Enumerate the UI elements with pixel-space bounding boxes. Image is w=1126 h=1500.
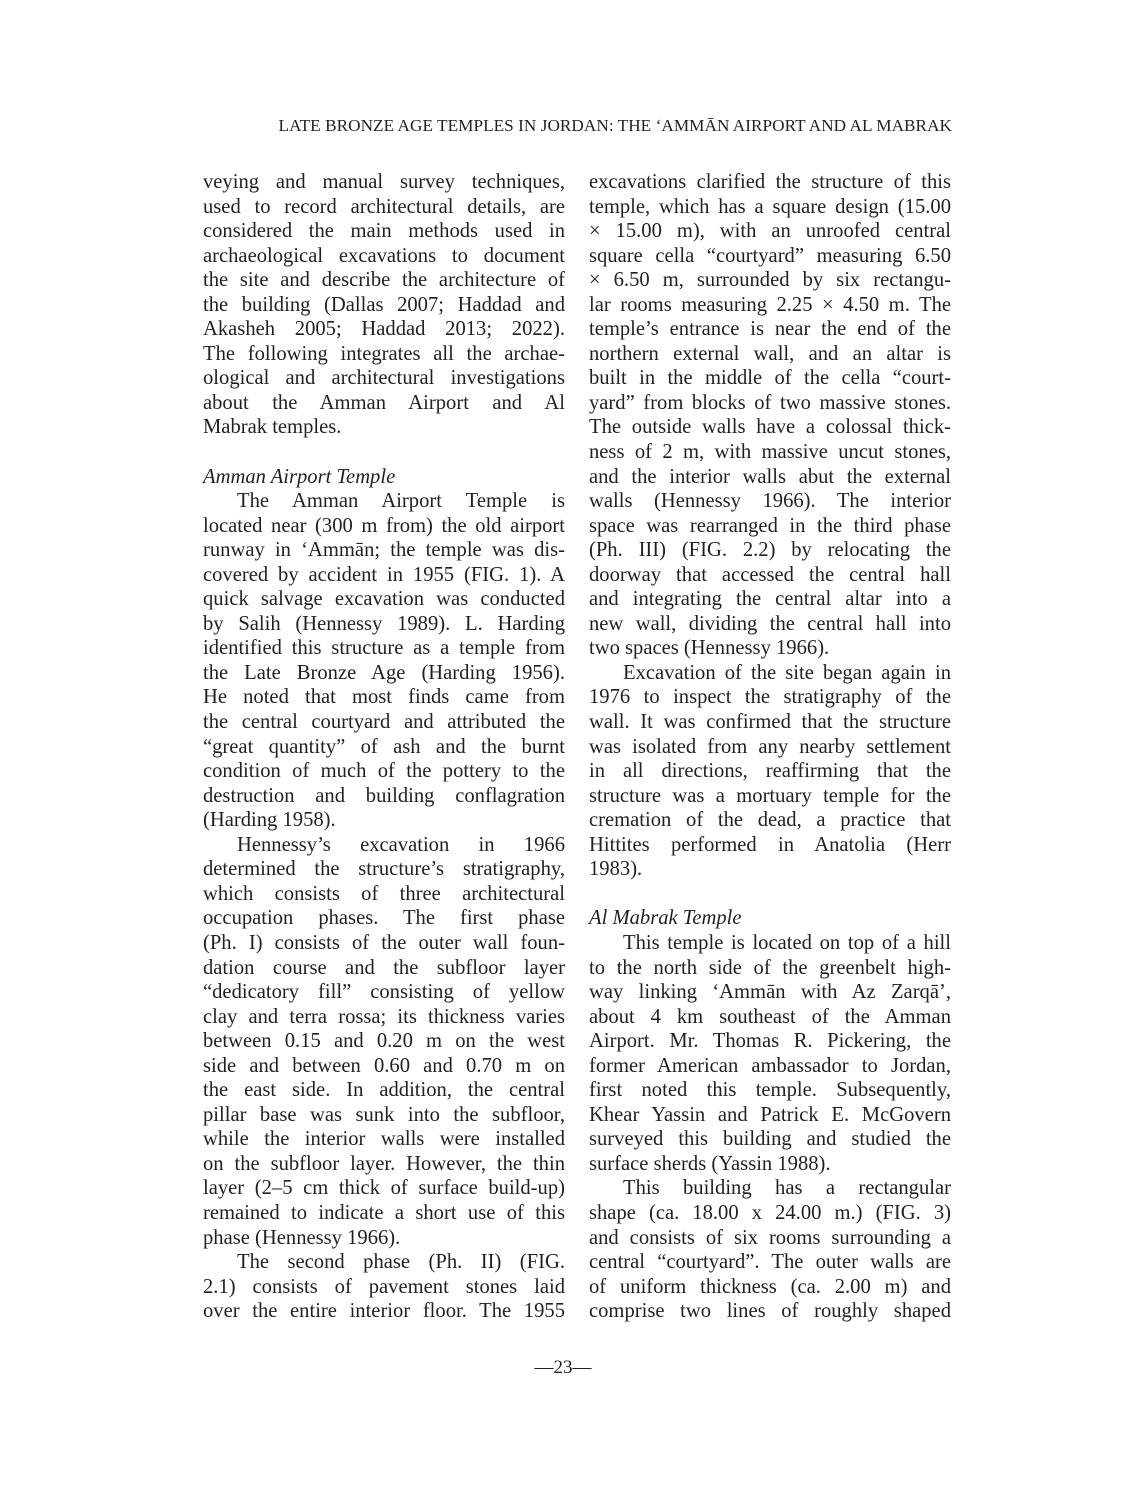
text-line: Mabrak temples. <box>203 415 565 440</box>
text-line: archaeological excavations to document <box>203 244 565 269</box>
text-line: destruction and building conflagration <box>203 784 565 809</box>
text-line: between 0.15 and 0.20 m on the west <box>203 1029 565 1054</box>
paragraph: Hennessy’s excavation in 1966 determined… <box>203 833 565 1250</box>
text-line: walls (Hennessy 1966). The interior <box>589 489 951 514</box>
text-line: The outside walls have a colossal thick- <box>589 415 951 440</box>
text-line: wall. It was confirmed that the structur… <box>589 710 951 735</box>
text-line: occupation phases. The first phase <box>203 906 565 931</box>
text-line: and the interior walls abut the external <box>589 465 951 490</box>
text-line: which consists of three architectural <box>203 882 565 907</box>
paragraph: The second phase (Ph. II) (FIG. 2.1) con… <box>203 1250 565 1324</box>
text-line: Hittites performed in Anatolia (Herr <box>589 833 951 858</box>
text-line: phase (Hennessy 1966). <box>203 1226 565 1251</box>
text-line: and integrating the central altar into a <box>589 587 951 612</box>
paragraph: This building has a rectangular shape (c… <box>589 1176 951 1323</box>
text-line: the central courtyard and attributed the <box>203 710 565 735</box>
text-line: 2.1) consists of pavement stones laid <box>203 1275 565 1300</box>
text-line: 1983). <box>589 857 951 882</box>
text-line: to the north side of the greenbelt high- <box>589 956 951 981</box>
text-line: Hennessy’s excavation in 1966 <box>203 833 565 858</box>
text-line: Akasheh 2005; Haddad 2013; 2022). <box>203 317 565 342</box>
text-line: first noted this temple. Subsequently, <box>589 1078 951 1103</box>
text-line: Excavation of the site began again in <box>589 661 951 686</box>
text-line: side and between 0.60 and 0.70 m on <box>203 1054 565 1079</box>
text-line: (Ph. III) (FIG. 2.2) by relocating the <box>589 538 951 563</box>
text-line: (Ph. I) consists of the outer wall foun- <box>203 931 565 956</box>
text-line: veying and manual survey techniques, <box>203 170 565 195</box>
paragraph: This temple is located on top of a hill … <box>589 931 951 1176</box>
text-line: the Late Bronze Age (Harding 1956). <box>203 661 565 686</box>
text-line: ological and architectural investigation… <box>203 366 565 391</box>
text-line: on the subfloor layer. However, the thin <box>203 1152 565 1177</box>
paragraph: The Amman Airport Temple is located near… <box>203 489 565 833</box>
text-line: The following integrates all the archae- <box>203 342 565 367</box>
paragraph-gap <box>589 882 951 907</box>
text-line: structure was a mortuary temple for the <box>589 784 951 809</box>
text-line: new wall, dividing the central hall into <box>589 612 951 637</box>
text-line: ness of 2 m, with massive uncut stones, <box>589 440 951 465</box>
text-line: “dedicatory fill” consisting of yellow <box>203 980 565 1005</box>
text-line: the building (Dallas 2007; Haddad and <box>203 293 565 318</box>
text-line: comprise two lines of roughly shaped <box>589 1299 951 1324</box>
text-line: northern external wall, and an altar is <box>589 342 951 367</box>
text-line: about 4 km southeast of the Amman <box>589 1005 951 1030</box>
text-line: two spaces (Hennessy 1966). <box>589 636 951 661</box>
text-line: and consists of six rooms surrounding a <box>589 1226 951 1251</box>
text-line: condition of much of the pottery to the <box>203 759 565 784</box>
text-line: surveyed this building and studied the <box>589 1127 951 1152</box>
text-line: by Salih (Hennessy 1989). L. Harding <box>203 612 565 637</box>
text-line: square cella “courtyard” measuring 6.50 <box>589 244 951 269</box>
paragraph: excavations clarified the structure of t… <box>589 170 951 661</box>
section-heading-amman-airport: Amman Airport Temple <box>203 465 565 490</box>
paragraph-gap <box>203 440 565 465</box>
text-line: the east side. In addition, the central <box>203 1078 565 1103</box>
text-line: temple, which has a square design (15.00 <box>589 195 951 220</box>
text-line: yard” from blocks of two massive stones. <box>589 391 951 416</box>
text-line: built in the middle of the cella “court- <box>589 366 951 391</box>
text-line: Khear Yassin and Patrick E. McGovern <box>589 1103 951 1128</box>
text-line: Airport. Mr. Thomas R. Pickering, the <box>589 1029 951 1054</box>
text-line: doorway that accessed the central hall <box>589 563 951 588</box>
text-line: He noted that most finds came from <box>203 685 565 710</box>
text-line: layer (2–5 cm thick of surface build-up) <box>203 1176 565 1201</box>
text-line: cremation of the dead, a practice that <box>589 808 951 833</box>
text-line: lar rooms measuring 2.25 × 4.50 m. The <box>589 293 951 318</box>
text-line: in all directions, reaffirming that the <box>589 759 951 784</box>
running-head: LATE BRONZE AGE TEMPLES IN JORDAN: THE ‘… <box>222 116 952 136</box>
paragraph: Excavation of the site began again in 19… <box>589 661 951 882</box>
text-line: × 15.00 m), with an unroofed central <box>589 219 951 244</box>
text-line: space was rearranged in the third phase <box>589 514 951 539</box>
text-line: remained to indicate a short use of this <box>203 1201 565 1226</box>
text-line: clay and terra rossa; its thickness vari… <box>203 1005 565 1030</box>
left-column: veying and manual survey techniques, use… <box>203 170 565 1324</box>
text-line: 1976 to inspect the stratigraphy of the <box>589 685 951 710</box>
text-line: used to record architectural details, ar… <box>203 195 565 220</box>
text-line: of uniform thickness (ca. 2.00 m) and <box>589 1275 951 1300</box>
text-line: former American ambassador to Jordan, <box>589 1054 951 1079</box>
text-line: This temple is located on top of a hill <box>589 931 951 956</box>
text-line: over the entire interior floor. The 1955 <box>203 1299 565 1324</box>
text-line: identified this structure as a temple fr… <box>203 636 565 661</box>
text-line: considered the main methods used in <box>203 219 565 244</box>
intro-paragraph: veying and manual survey techniques, use… <box>203 170 565 440</box>
text-line: excavations clarified the structure of t… <box>589 170 951 195</box>
text-line: shape (ca. 18.00 x 24.00 m.) (FIG. 3) <box>589 1201 951 1226</box>
text-line: pillar base was sunk into the subfloor, <box>203 1103 565 1128</box>
text-line: while the interior walls were installed <box>203 1127 565 1152</box>
text-line: central “courtyard”. The outer walls are <box>589 1250 951 1275</box>
text-line: about the Amman Airport and Al <box>203 391 565 416</box>
text-line: located near (300 m from) the old airpor… <box>203 514 565 539</box>
text-line: “great quantity” of ash and the burnt <box>203 735 565 760</box>
text-line: covered by accident in 1955 (FIG. 1). A <box>203 563 565 588</box>
text-line: runway in ‘Ammān; the temple was dis- <box>203 538 565 563</box>
text-line: was isolated from any nearby settlement <box>589 735 951 760</box>
page-number: —23— <box>0 1357 1126 1379</box>
text-line: dation course and the subfloor layer <box>203 956 565 981</box>
section-heading-al-mabrak: Al Mabrak Temple <box>589 906 951 931</box>
text-line: surface sherds (Yassin 1988). <box>589 1152 951 1177</box>
text-line: The Amman Airport Temple is <box>203 489 565 514</box>
text-line: (Harding 1958). <box>203 808 565 833</box>
right-column: excavations clarified the structure of t… <box>589 170 951 1324</box>
text-line: way linking ‘Ammān with Az Zarqā’, <box>589 980 951 1005</box>
text-line: determined the structure’s stratigraphy, <box>203 857 565 882</box>
text-line: The second phase (Ph. II) (FIG. <box>203 1250 565 1275</box>
text-line: × 6.50 m, surrounded by six rectangu- <box>589 268 951 293</box>
text-line: This building has a rectangular <box>589 1176 951 1201</box>
text-line: temple’s entrance is near the end of the <box>589 317 951 342</box>
text-line: quick salvage excavation was conducted <box>203 587 565 612</box>
text-line: the site and describe the architecture o… <box>203 268 565 293</box>
